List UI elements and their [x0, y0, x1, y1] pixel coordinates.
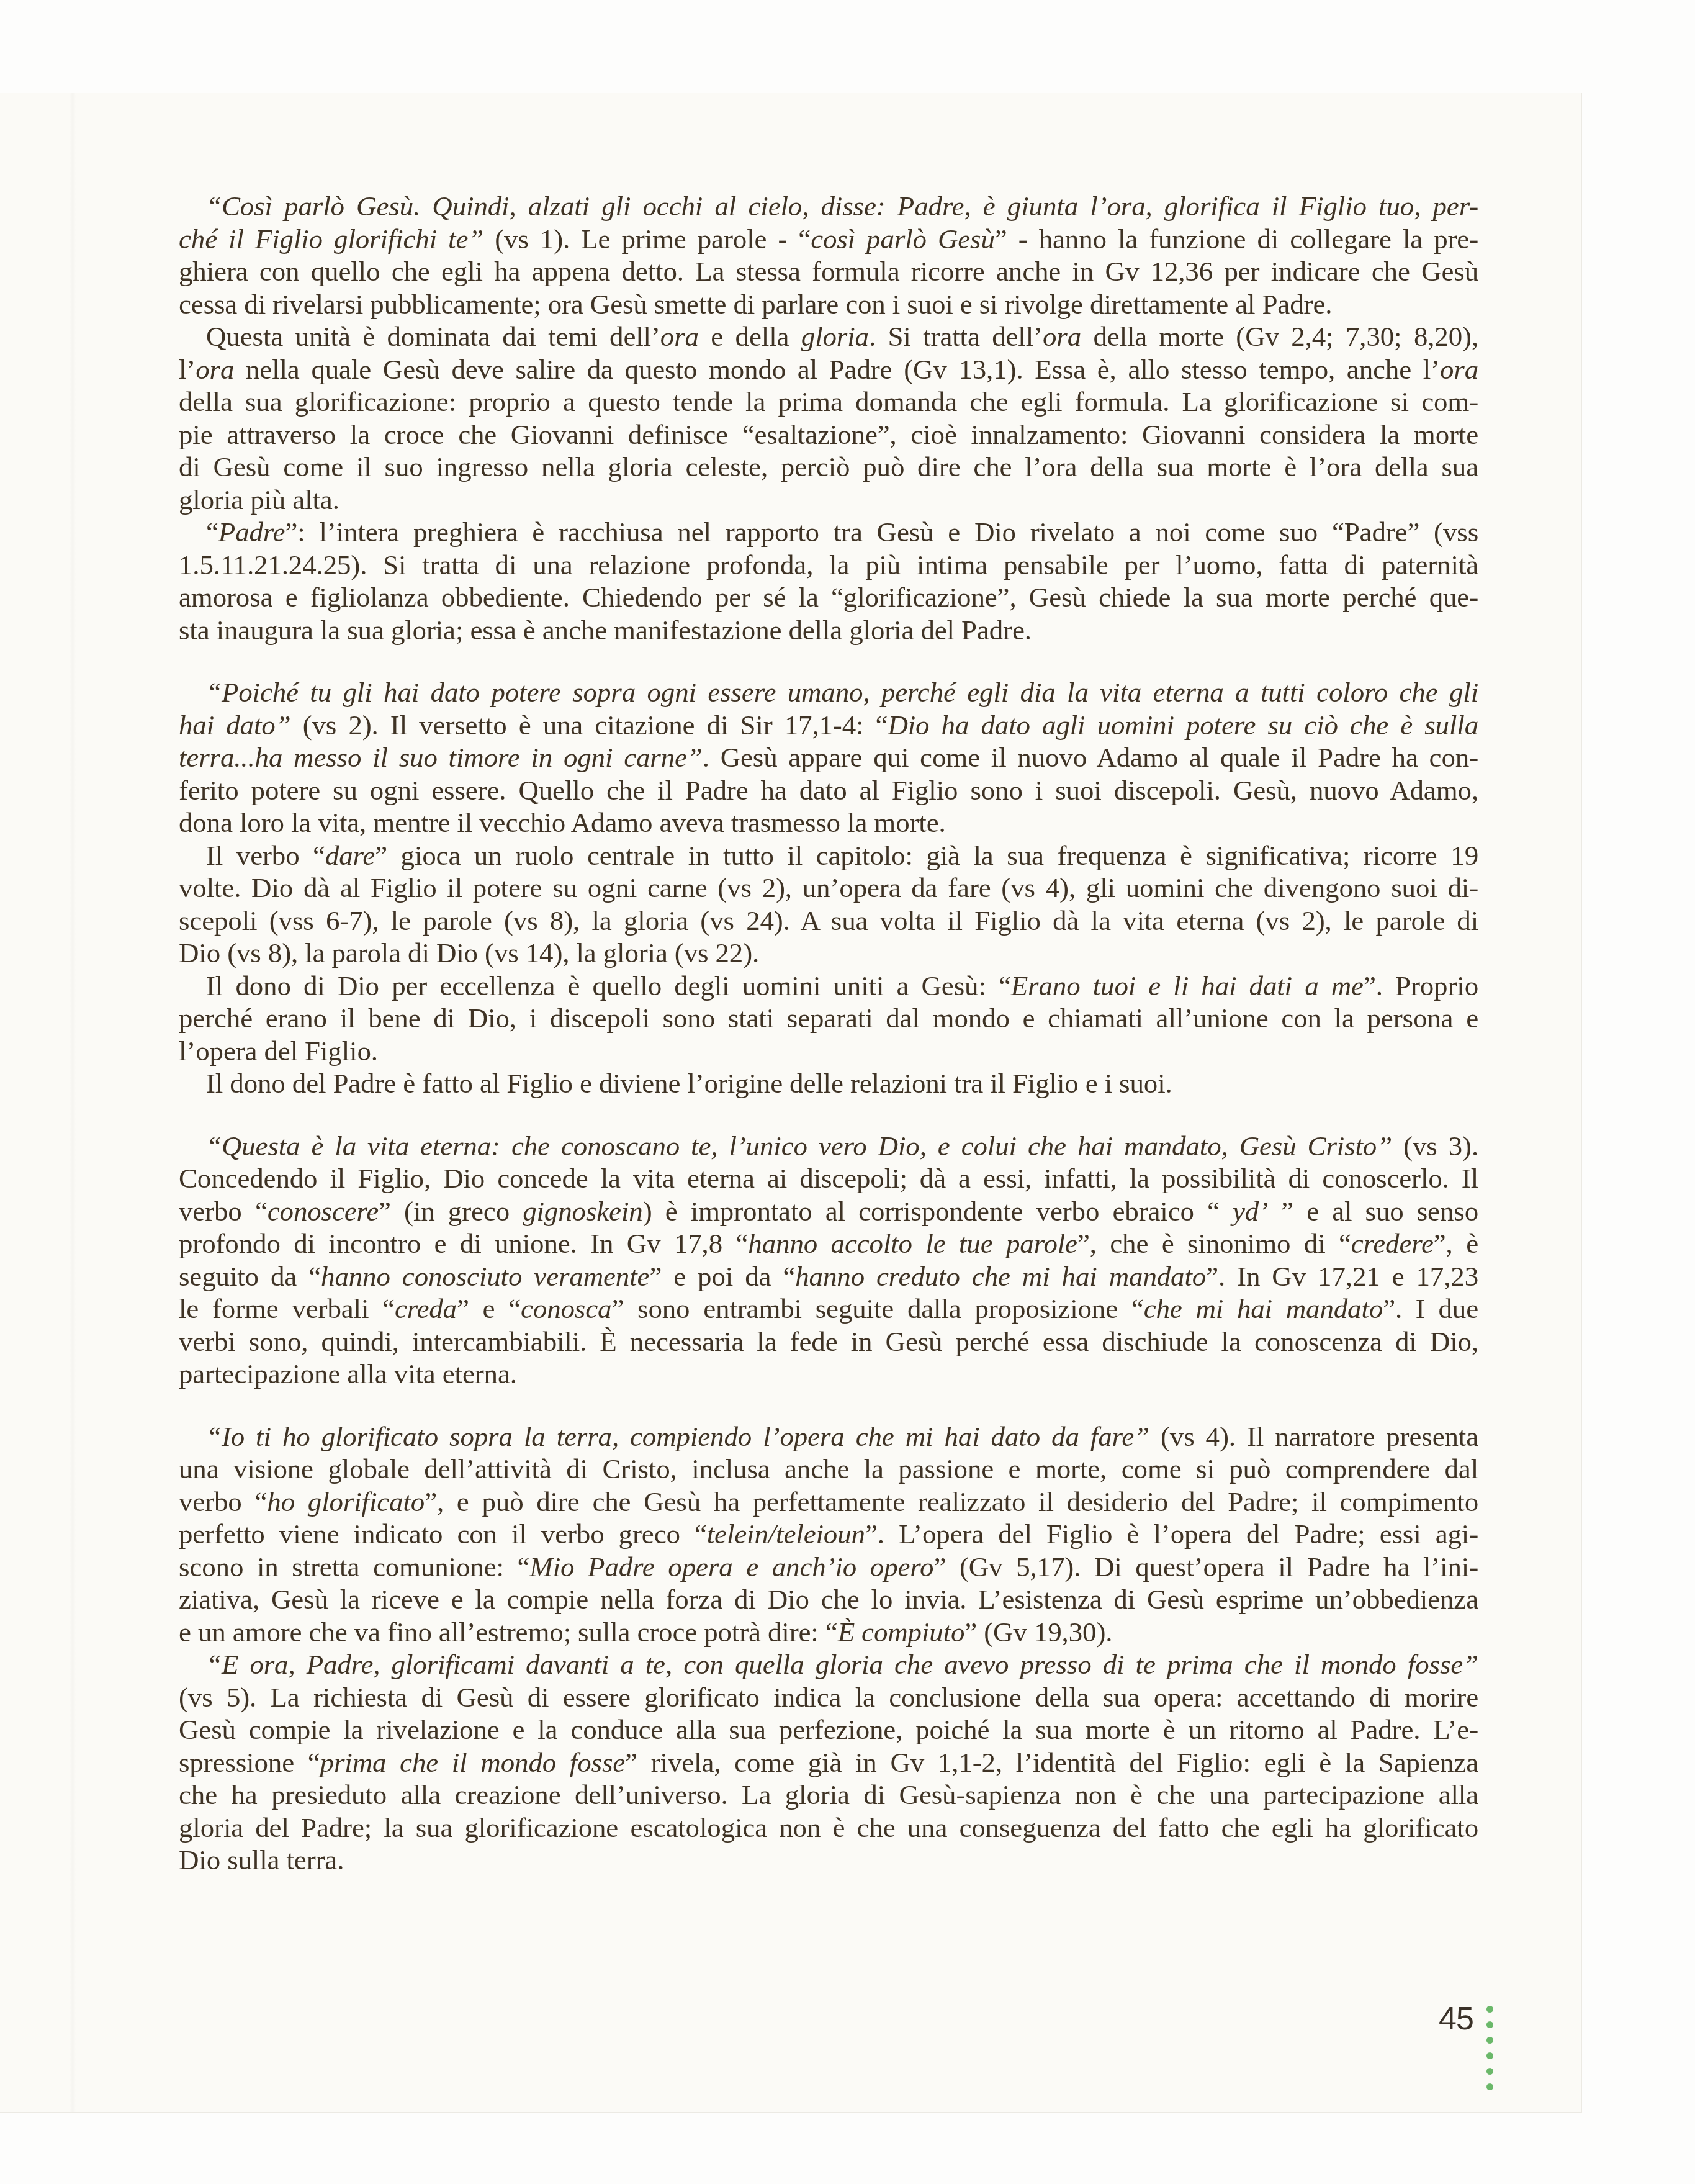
text-line: Concedendo il Figlio, Dio concede la vit… [179, 1162, 1478, 1195]
paragraph-gap [179, 1391, 1478, 1420]
text-line: verbo “conoscere” (in greco gignoskein) … [179, 1195, 1478, 1228]
italic-quote: gignoskein [523, 1196, 642, 1227]
green-dot-icon [1486, 2052, 1493, 2059]
paragraph-gap [179, 1100, 1478, 1130]
italic-quote: hanno conosciuto veramente [321, 1261, 649, 1292]
text-line: spressione “prima che il mondo fosse” ri… [179, 1746, 1478, 1779]
italic-quote: conosca [521, 1293, 611, 1324]
text-run: Il verbo “ [206, 840, 325, 871]
italic-quote: credere [1351, 1228, 1434, 1259]
text-line: volte. Dio dà al Figlio il potere su ogn… [179, 872, 1478, 905]
text-run: . Si tratta dell’ [869, 321, 1043, 352]
text-line: Gesù compie la rivelazione e la conduce … [179, 1713, 1478, 1746]
italic-quote: hanno accolto le tue parole [748, 1228, 1077, 1259]
text-run: ”. I due [1383, 1293, 1478, 1324]
text-run: scepoli (vss 6-7), le parole (vs 8), la … [179, 905, 1478, 936]
text-run: Il dono del Padre è fatto al Figlio e di… [206, 1068, 1172, 1099]
text-run: amorosa e figliolanza obbediente. Chiede… [179, 582, 1478, 613]
green-dot-icon [1486, 2068, 1493, 2075]
text-line: “E ora, Padre, glorificami davanti a te,… [179, 1648, 1478, 1681]
text-run: ”. Proprio [1364, 970, 1478, 1001]
paragraph-gap [179, 646, 1478, 676]
text-run: ”, e può dire che Gesù ha perfettamente … [425, 1486, 1478, 1517]
text-run: (vs 2). Il versetto è una citazione di S… [291, 710, 888, 741]
text-line: Questa unità è dominata dai temi dell’or… [179, 320, 1478, 353]
text-run: una visione globale dell’attività di Cri… [179, 1453, 1478, 1484]
text-line: ziativa, Gesù la riceve e la compie nell… [179, 1583, 1478, 1616]
text-line: di Gesù come il suo ingresso nella glori… [179, 451, 1478, 484]
text-line: perfetto viene indicato con il verbo gre… [179, 1518, 1478, 1551]
text-run: ” (in greco [379, 1196, 523, 1227]
italic-quote: “E ora, Padre, glorificami davanti a te,… [206, 1649, 1478, 1680]
italic-quote: ora [660, 321, 699, 352]
italic-quote: ora [196, 354, 234, 385]
text-run: e della [699, 321, 801, 352]
text-line: verbo “ho glorificato”, e può dire che G… [179, 1486, 1478, 1518]
green-dot-icon [1486, 2021, 1493, 2028]
text-line: Il dono di Dio per eccellenza è quello d… [179, 970, 1478, 1003]
text-run: ghiera con quello che egli ha appena det… [179, 256, 1478, 287]
text-line: ghiera con quello che egli ha appena det… [179, 255, 1478, 288]
text-line: sta inaugura la sua gloria; essa è anche… [179, 614, 1478, 647]
text-line: seguito da “hanno conosciuto veramente” … [179, 1260, 1478, 1293]
italic-quote: hanno creduto che mi hai mandato [795, 1261, 1206, 1292]
text-run: ” rivela, come già in Gv 1,1-2, l’identi… [625, 1747, 1478, 1778]
text-run: 1.5.11.21.24.25). Si tratta di una relaz… [179, 549, 1478, 580]
text-run: le forme verbali “ [179, 1293, 395, 1324]
text-run: spressione “ [179, 1747, 320, 1778]
text-run: ) è improntato al corrispondente verbo e… [643, 1196, 1233, 1227]
text-run: ” e al suo senso [1268, 1196, 1478, 1227]
text-line: dona loro la vita, mentre il vecchio Ada… [179, 806, 1478, 839]
text-run: “ [206, 517, 218, 548]
text-run: ” (Gv 19,30). [964, 1617, 1112, 1648]
text-line: hai dato” (vs 2). Il versetto è una cita… [179, 709, 1478, 742]
italic-quote: “Così parlò Gesù. Quindi, alzati gli occ… [206, 191, 1478, 222]
italic-quote: telein/teleioun [707, 1518, 865, 1550]
text-run: profondo di incontro e di unione. In Gv … [179, 1228, 748, 1259]
text-run: volte. Dio dà al Figlio il potere su ogn… [179, 872, 1478, 903]
italic-quote: che mi hai mandato [1144, 1293, 1383, 1324]
text-run: gloria del Padre; la sua glorificazione … [179, 1812, 1478, 1843]
text-line: Il dono del Padre è fatto al Figlio e di… [179, 1067, 1478, 1100]
text-run: ”, che è sinonimo di “ [1077, 1228, 1351, 1259]
text-line: scono in stretta comunione: “Mio Padre o… [179, 1551, 1478, 1584]
text-line: “Padre”: l’intera preghiera è racchiusa … [179, 516, 1478, 549]
text-run: Il dono di Dio per eccellenza è quello d… [206, 970, 1011, 1001]
text-line: “Questa è la vita eterna: che conoscano … [179, 1130, 1478, 1163]
text-run: seguito da “ [179, 1261, 321, 1292]
text-run: ferito potere su ogni essere. Quello che… [179, 775, 1478, 806]
text-run: ” e poi da “ [649, 1261, 795, 1292]
text-line: l’ora nella quale Gesù deve salire da qu… [179, 353, 1478, 386]
text-run: . Gesù appare qui come il nuovo Adamo al… [703, 742, 1478, 773]
text-run: Dio sulla terra. [179, 1844, 344, 1875]
text-line: ferito potere su ogni essere. Quello che… [179, 774, 1478, 807]
italic-quote: È compiuto [838, 1617, 965, 1648]
green-dot-icon [1486, 2037, 1493, 2044]
text-line: “Poiché tu gli hai dato potere sopra ogn… [179, 676, 1478, 709]
text-run: ”: l’intera preghiera è racchiusa nel ra… [285, 517, 1478, 548]
italic-quote: Erano tuoi e li hai dati a me [1011, 970, 1364, 1001]
text-run: Gesù compie la rivelazione e la conduce … [179, 1714, 1478, 1745]
text-line: l’opera del Figlio. [179, 1035, 1478, 1068]
text-line: (vs 5). La richiesta di Gesù di essere g… [179, 1681, 1478, 1714]
text-line: che ha presieduto alla creazione dell’un… [179, 1779, 1478, 1812]
italic-quote: ora [1043, 321, 1081, 352]
text-line: cessa di rivelarsi pubblicamente; ora Ge… [179, 288, 1478, 321]
text-run: (vs 4). Il narratore presenta [1149, 1421, 1478, 1452]
text-line: gloria più alta. [179, 484, 1478, 517]
italic-quote: gloria [801, 321, 869, 352]
text-run: ” e “ [457, 1293, 521, 1324]
decorative-dot-column [1486, 2006, 1494, 2099]
text-line: “Così parlò Gesù. Quindi, alzati gli occ… [179, 190, 1478, 223]
italic-quote: “Poiché tu gli hai dato potere sopra ogn… [206, 677, 1478, 708]
text-run: della sua glorificazione: proprio a ques… [179, 386, 1478, 417]
text-run: e un amore che va fino all’estremo; sull… [179, 1617, 838, 1648]
text-line: ché il Figlio glorifichi te” (vs 1). Le … [179, 223, 1478, 256]
text-run: cessa di rivelarsi pubblicamente; ora Ge… [179, 289, 1332, 320]
italic-quote: conoscere [268, 1196, 379, 1227]
green-dot-icon [1486, 2083, 1493, 2090]
italic-quote: dare [325, 840, 375, 871]
text-run: ” sono entrambi seguite dalla proposizio… [611, 1293, 1143, 1324]
text-run: ”. In Gv 17,21 e 17,23 [1206, 1261, 1478, 1292]
green-dot-icon [1486, 2006, 1493, 2013]
italic-quote: Mio Padre opera e anch’io opero [529, 1551, 933, 1582]
text-line: profondo di incontro e di unione. In Gv … [179, 1227, 1478, 1260]
text-run: verbi sono, quindi, intercambiabili. È n… [179, 1326, 1478, 1357]
text-run: ”, è [1434, 1228, 1478, 1259]
text-run: perfetto viene indicato con il verbo gre… [179, 1518, 707, 1550]
text-line: 1.5.11.21.24.25). Si tratta di una relaz… [179, 549, 1478, 582]
body-text: “Così parlò Gesù. Quindi, alzati gli occ… [179, 190, 1478, 1877]
text-line: partecipazione alla vita eterna. [179, 1358, 1478, 1391]
text-line: “Io ti ho glorificato sopra la terra, co… [179, 1420, 1478, 1453]
text-line: Il verbo “dare” gioca un ruolo centrale … [179, 839, 1478, 872]
text-run: dona loro la vita, mentre il vecchio Ada… [179, 807, 946, 838]
italic-quote: hai dato” [179, 710, 291, 741]
text-run: che ha presieduto alla creazione dell’un… [179, 1779, 1478, 1810]
text-run: sta inaugura la sua gloria; essa è anche… [179, 615, 1032, 646]
text-run: gloria più alta. [179, 484, 339, 515]
text-line: una visione globale dell’attività di Cri… [179, 1453, 1478, 1486]
italic-quote: ché il Figlio glorifichi te” [179, 223, 483, 255]
text-line: della sua glorificazione: proprio a ques… [179, 386, 1478, 418]
text-run: Dio (vs 8), la parola di Dio (vs 14), la… [179, 937, 759, 968]
italic-quote: Dio ha dato agli uomini potere su ciò ch… [888, 710, 1478, 741]
text-run: ziativa, Gesù la riceve e la compie nell… [179, 1584, 1478, 1615]
text-run: pie attraverso la croce che Giovanni def… [179, 419, 1478, 450]
text-run: ”. L’opera del Figlio è l’opera del Padr… [865, 1518, 1478, 1550]
text-line: Dio sulla terra. [179, 1844, 1478, 1877]
text-run: Concedendo il Figlio, Dio concede la vit… [179, 1163, 1478, 1194]
text-run: (vs 3). [1392, 1130, 1478, 1162]
text-run: partecipazione alla vita eterna. [179, 1358, 517, 1389]
text-run: (vs 5). La richiesta di Gesù di essere g… [179, 1682, 1478, 1713]
text-line: Dio (vs 8), la parola di Dio (vs 14), la… [179, 937, 1478, 970]
text-run: ” gioca un ruolo centrale in tutto il ca… [375, 840, 1478, 871]
text-line: verbi sono, quindi, intercambiabili. È n… [179, 1325, 1478, 1358]
page-crease [70, 93, 76, 2112]
italic-quote: “Io ti ho glorificato sopra la terra, co… [206, 1421, 1149, 1452]
text-line: terra...ha messo il suo timore in ogni c… [179, 741, 1478, 774]
text-run: verbo “ [179, 1486, 267, 1517]
text-run: l’ [179, 354, 196, 385]
italic-quote: ora [1440, 354, 1478, 385]
text-run: l’opera del Figlio. [179, 1036, 378, 1067]
text-run: della morte (Gv 2,4; 7,30; 8,20), [1081, 321, 1478, 352]
italic-quote: ho glorificato [267, 1486, 425, 1517]
text-run: perché erano il bene di Dio, i discepoli… [179, 1003, 1478, 1034]
italic-quote: “Questa è la vita eterna: che conoscano … [206, 1130, 1392, 1162]
italic-quote: così parlò Gesù [811, 223, 995, 255]
text-line: pie attraverso la croce che Giovanni def… [179, 418, 1478, 451]
italic-quote: yd’ [1233, 1196, 1268, 1227]
text-run: scono in stretta comunione: “ [179, 1551, 529, 1582]
text-run: di Gesù come il suo ingresso nella glori… [179, 451, 1478, 482]
text-run: ” - hanno la funzione di collegare la pr… [995, 223, 1478, 255]
italic-quote: creda [395, 1293, 457, 1324]
italic-quote: prima che il mondo fosse [320, 1747, 626, 1778]
text-line: perché erano il bene di Dio, i discepoli… [179, 1002, 1478, 1035]
text-line: gloria del Padre; la sua glorificazione … [179, 1812, 1478, 1844]
text-run: nella quale Gesù deve salire da questo m… [234, 354, 1440, 385]
text-run: ” (Gv 5,17). Di quest’opera il Padre ha … [933, 1551, 1478, 1582]
text-line: e un amore che va fino all’estremo; sull… [179, 1616, 1478, 1649]
italic-quote: Padre [218, 517, 285, 548]
text-line: amorosa e figliolanza obbediente. Chiede… [179, 581, 1478, 614]
text-line: scepoli (vss 6-7), le parole (vs 8), la … [179, 905, 1478, 937]
text-run: verbo “ [179, 1196, 268, 1227]
text-line: le forme verbali “creda” e “conosca” son… [179, 1293, 1478, 1325]
text-run: Questa unità è dominata dai temi dell’ [206, 321, 660, 352]
text-run: (vs 1). Le prime parole - “ [483, 223, 811, 255]
italic-quote: terra...ha messo il suo timore in ogni c… [179, 742, 703, 773]
page-number: 45 [1439, 2000, 1473, 2037]
